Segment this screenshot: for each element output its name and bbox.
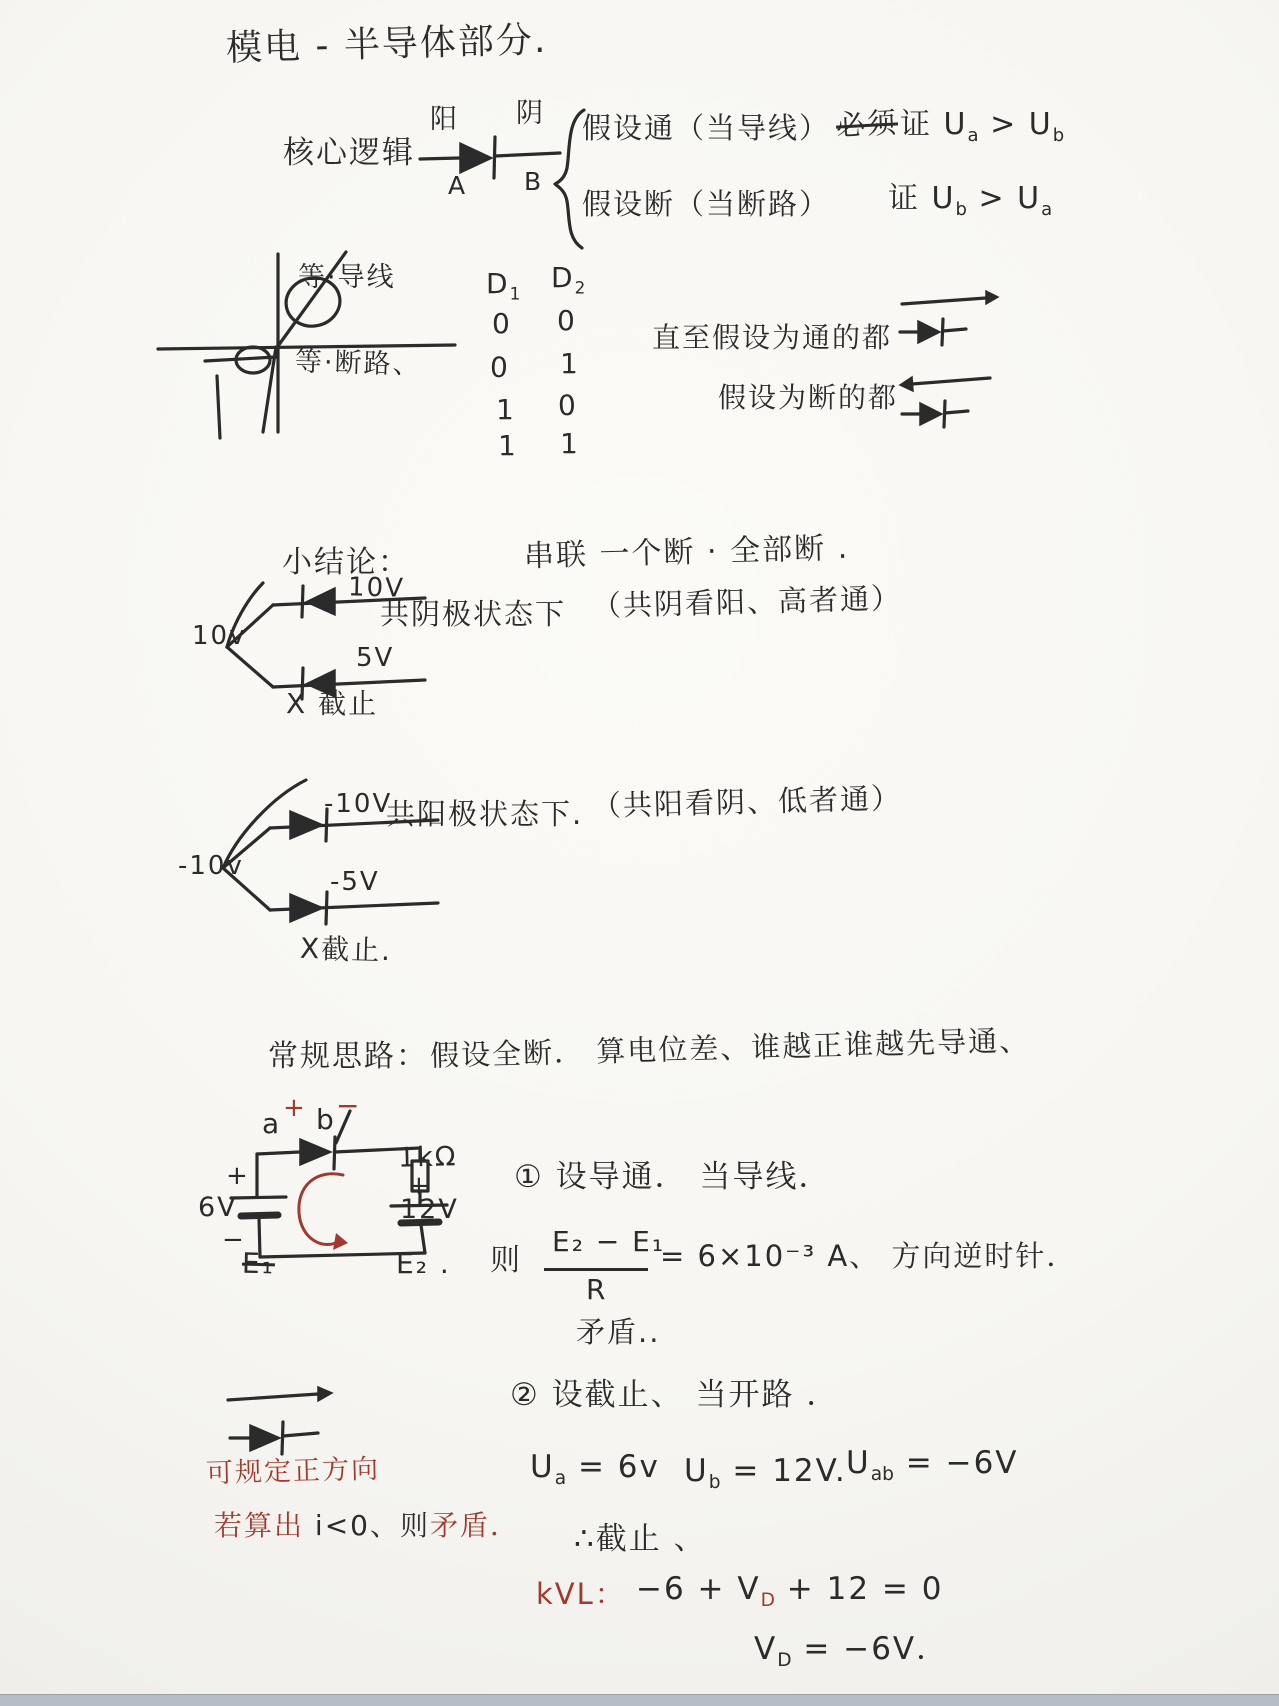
cc-bottom-voltage: 5V (356, 644, 394, 674)
ca-state-text: 共阳极状态下. (386, 798, 583, 831)
truth-header-d2: D2 (551, 262, 585, 294)
ca-node-voltage: -10v (178, 852, 244, 882)
truth-cell: 0 (490, 352, 511, 385)
verify-off-formula: 证 Ub > Ua (888, 182, 1052, 217)
diode-symbol-core (420, 128, 570, 188)
node-b-minus-sign: − (336, 1090, 361, 1122)
page-title: 模电 - 半导体部分. (226, 20, 548, 70)
cc-state-text: 共阴极状态下 (380, 598, 566, 631)
source2-name: E₂ . (396, 1248, 451, 1280)
summary-text: 串联 一个断 · 全部断 . (524, 532, 850, 575)
ca-rule-text: （共阳看阴、低者通） (592, 782, 903, 823)
approach-label: 常规思路： (268, 1040, 428, 1075)
source1-plus: + (226, 1162, 250, 1192)
on-equivalent-label: 等·导线 (298, 262, 396, 293)
vd-result: VD = −6V． (754, 1632, 949, 1668)
ca-cutoff-mark: X截止. (300, 933, 393, 968)
uab-value: Uab = −6V (846, 1446, 1019, 1482)
approach-text: 假设全断． 算电位差、谁越正谁越先导通、 (430, 1024, 1031, 1073)
truth-cell: 0 (557, 305, 577, 337)
truth-cell: 1 (560, 348, 580, 380)
conclusion-text: ∴截止 、 (574, 1522, 707, 1558)
assume-off-text: 假设断（当断路） (582, 188, 830, 221)
assume-on-text: 假设通（当导线） (582, 112, 830, 145)
verify-on-formula: 证 Ua > Ub (900, 108, 1064, 143)
case1-then: 则 (490, 1244, 522, 1279)
cathode-label: 阴 (516, 98, 545, 129)
cc-node-voltage: 10v (192, 622, 246, 652)
fraction-numerator: E₂ − E₁ (552, 1226, 665, 1258)
source1-name: E₁ (242, 1248, 276, 1281)
truth-header-d1: D1 (486, 268, 520, 300)
ua-value: Ua = 6v (530, 1450, 660, 1486)
source1-voltage: 6V (198, 1192, 238, 1223)
ca-top-voltage: -10V (324, 790, 392, 820)
page-edge-strip (0, 1694, 1279, 1706)
handwritten-notes-page: 模电 - 半导体部分. 核心逻辑 阳 阴 A B 假设通（当导线） 必须 证 U… (0, 0, 1279, 1706)
truth-cell: 0 (558, 390, 579, 423)
ub-value: Ub = 12V. (684, 1454, 847, 1490)
if-negative-note: 若算出 i<0、则矛盾． (214, 1510, 520, 1542)
truth-cell: 1 (560, 428, 580, 460)
ca-bottom-voltage: -5V (330, 868, 380, 898)
case1-contradiction: 矛盾.. (576, 1316, 660, 1349)
case1-heading: ① 设导通． 当导线． (514, 1160, 832, 1196)
fraction-denominator: R (586, 1274, 607, 1306)
cc-cutoff-mark: X 截止 (286, 688, 378, 720)
until-on-text: 直至假设为通的都 (652, 322, 892, 354)
kvl-equation: −6 + VD + 12 = 0 (636, 1572, 943, 1608)
truth-cell: 1 (496, 394, 516, 426)
cutoff-diode-icon (898, 366, 998, 430)
reference-direction-note: 可规定正方向 (206, 1454, 381, 1490)
truth-cell: 0 (492, 308, 512, 340)
assumed-off-text: 假设为断的都 (718, 382, 898, 414)
case1-result: = 6×10⁻³ A、 方向逆时针． (660, 1240, 1077, 1273)
source2-voltage: 12V (400, 1194, 459, 1225)
kvl-label: kVL： (536, 1578, 626, 1611)
fraction-bar (544, 1268, 648, 1271)
truth-cell: 1 (498, 430, 518, 462)
cc-rule-text: （共阴看阳、高者通） (592, 582, 903, 623)
node-a-label: a (262, 1108, 281, 1140)
case2-heading: ② 设截止、 当开路 ． (510, 1378, 839, 1414)
resistor-value: 1kΩ (398, 1141, 458, 1174)
core-logic-label: 核心逻辑 (283, 136, 415, 172)
node-a-plus-sign: + (283, 1094, 307, 1124)
conducting-diode-icon (898, 288, 998, 350)
off-equivalent-label: 等·断路、 (295, 346, 422, 380)
node-b-label: b (316, 1104, 336, 1136)
crossed-out-word: 必须 (835, 106, 899, 143)
